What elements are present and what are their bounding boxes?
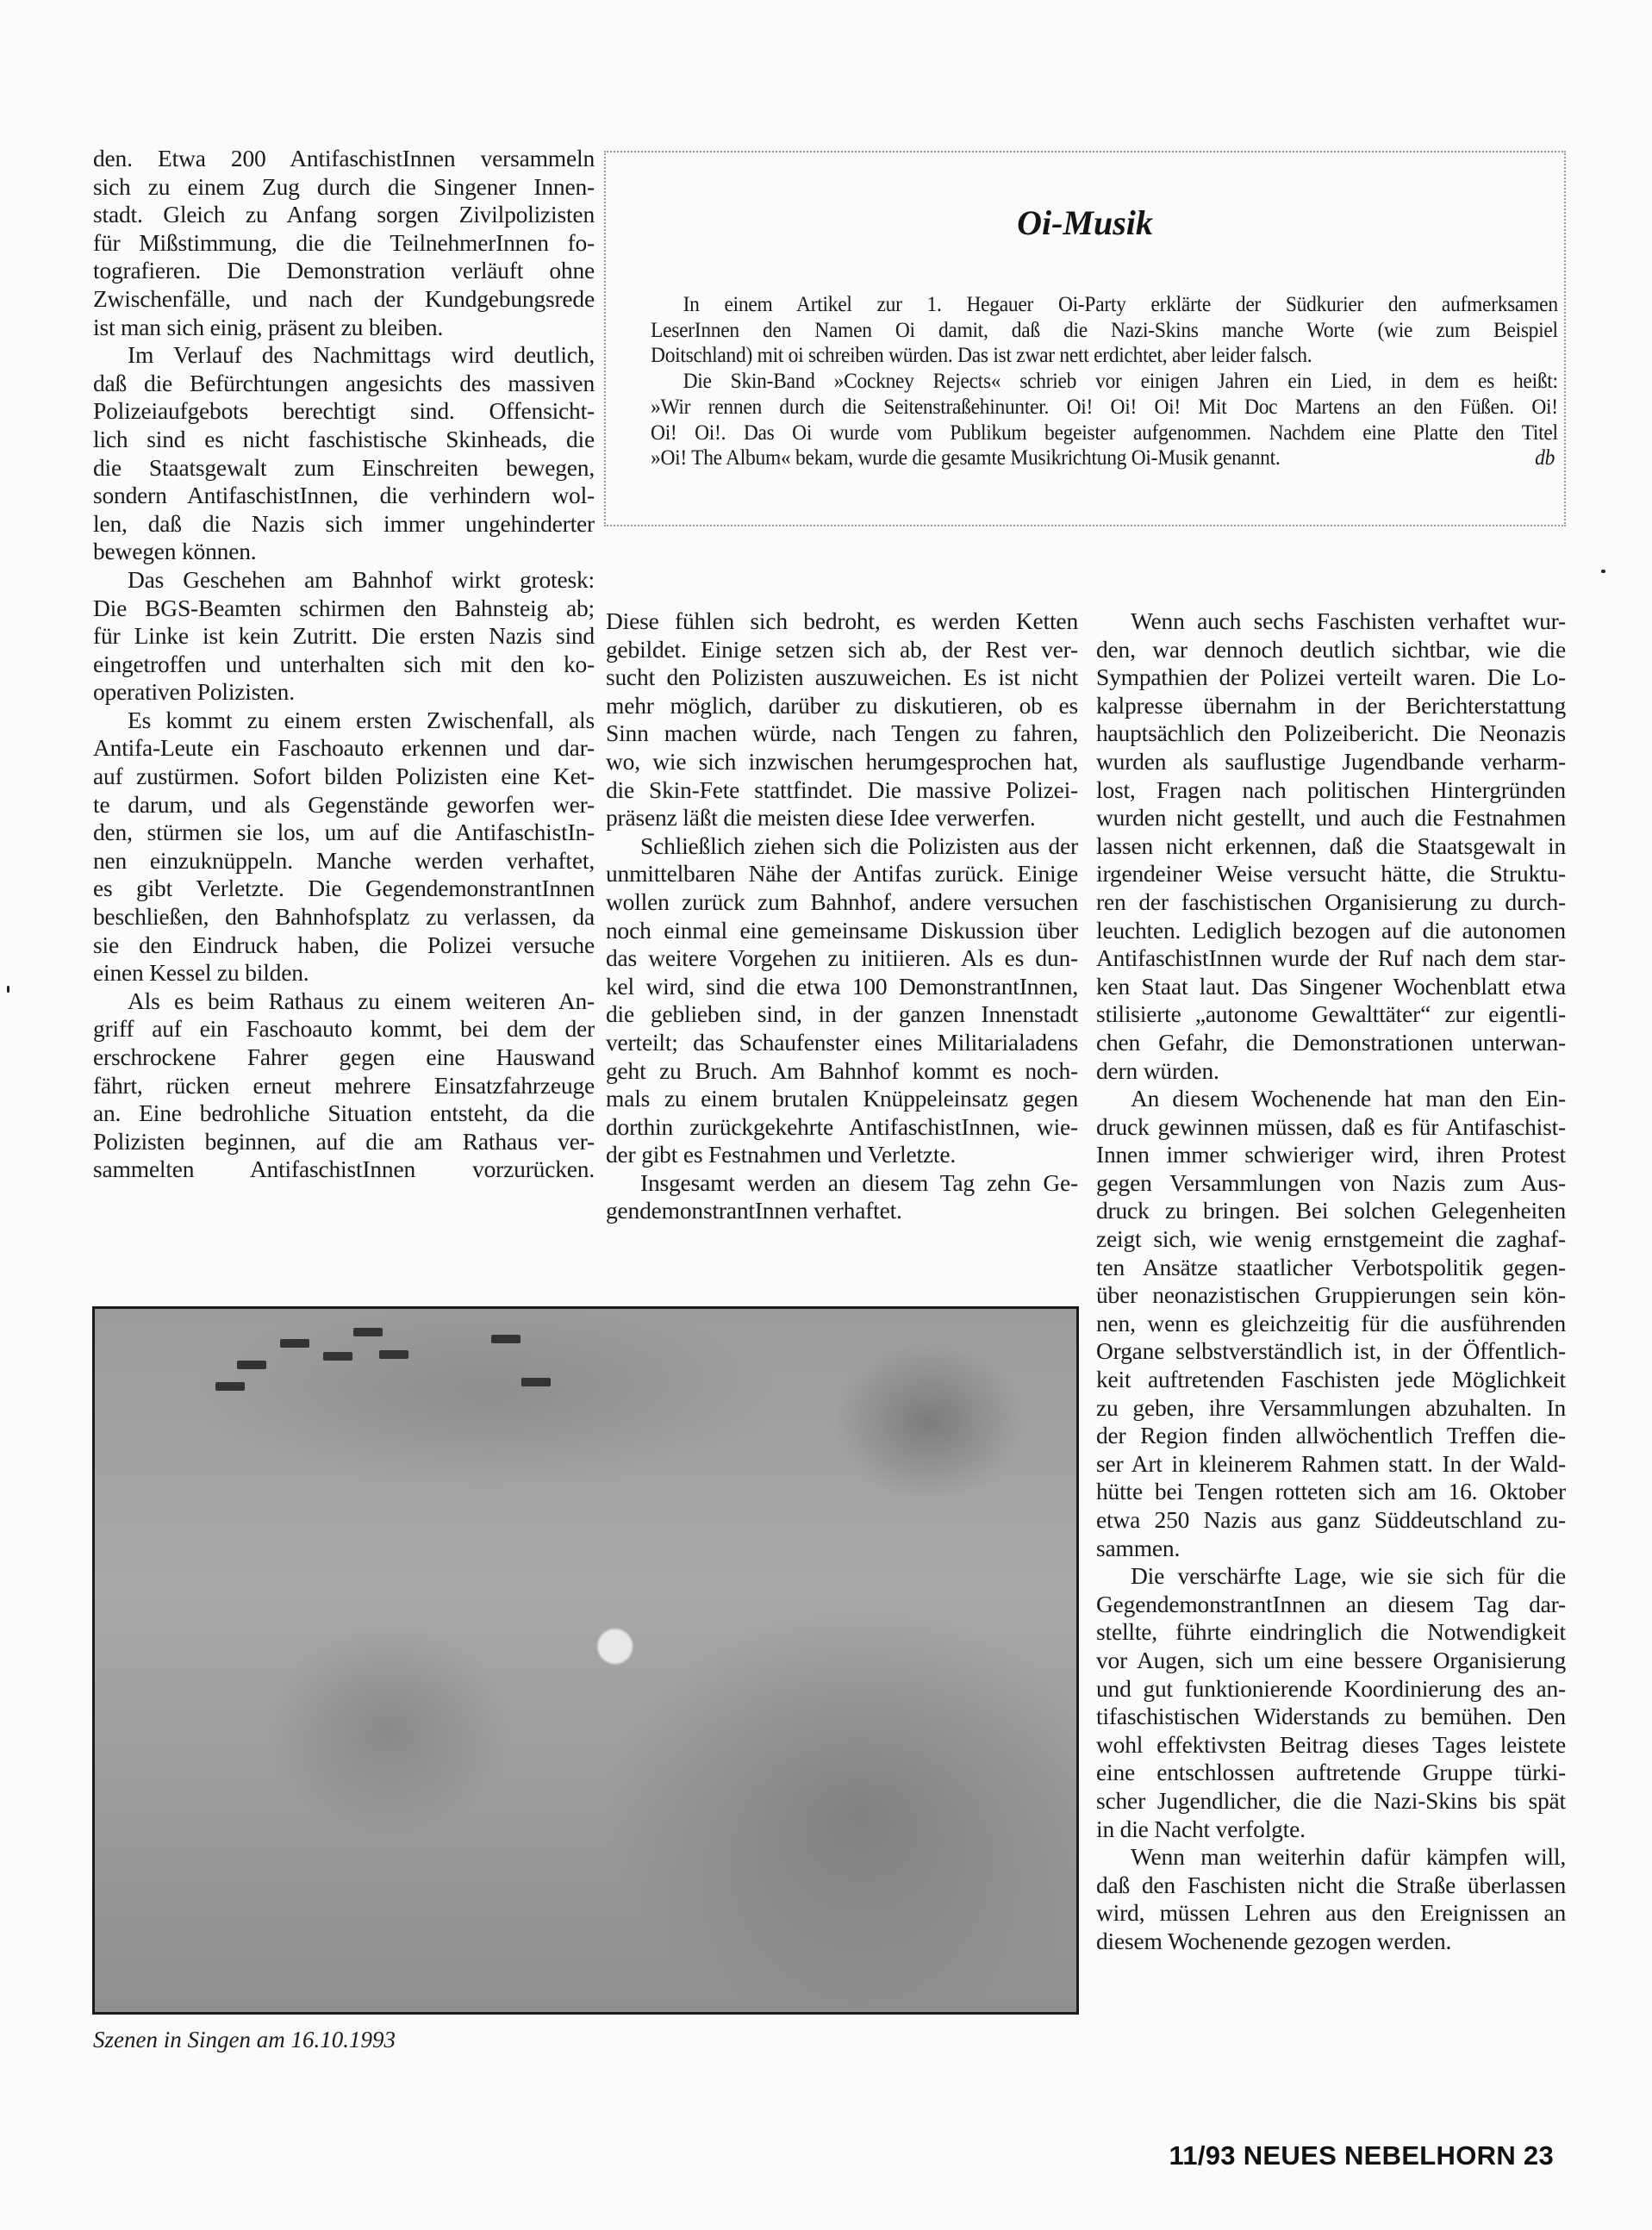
text-line: lassen nicht erkennen, daß die Staatsgew…	[1096, 832, 1566, 861]
text-line: ten Ansätze staatlicher Verbotspolitik g…	[1096, 1254, 1566, 1282]
text-line: wohl effektivsten Beitrag dieses Tages l…	[1096, 1731, 1566, 1760]
oi-musik-sidebar-box: Oi-Musik In einem Artikel zur 1. Hegauer…	[604, 151, 1566, 526]
text-line: tifaschistischen Widerstands zu bemühen.…	[1096, 1703, 1566, 1731]
text-line: gebildet. Einige setzen sich ab, der Res…	[606, 636, 1078, 664]
sidebar-title: Oi-Musik	[606, 202, 1564, 243]
sidebar-line: Oi! Oi!. Das Oi wurde vom Publikum begei…	[651, 420, 1558, 446]
sidebar-line: »Wir rennen durch die Seitenstraßehinunt…	[651, 395, 1558, 420]
text-line: für Mißstimmung, die die TeilnehmerInnen…	[93, 229, 595, 258]
text-line: kalpresse übernahm in der Berichterstatt…	[1096, 692, 1566, 720]
text-line: in die Nacht verfolgte.	[1096, 1816, 1566, 1844]
text-line: te darum, und als Gegenstände geworfen w…	[93, 791, 595, 819]
text-line: wird, müssen Lehren aus den Ereignissen …	[1096, 1899, 1566, 1928]
text-line: wurden als sauflustige Jugendbande verha…	[1096, 748, 1566, 776]
text-line: druck zu bringen. Bei solchen Gelegenhei…	[1096, 1197, 1566, 1225]
text-line: gegen Versammlungen von Nazis zum Aus-	[1096, 1169, 1566, 1198]
censor-bar	[379, 1350, 408, 1359]
text-line: ren der faschistischen Organisierung zu …	[1096, 888, 1566, 917]
text-line: stadt. Gleich zu Anfang sorgen Zivilpoli…	[93, 201, 595, 229]
text-line: daß die Befürchtungen angesichts des mas…	[93, 370, 595, 398]
text-line: leuchten. Lediglich bezogen auf die auto…	[1096, 917, 1566, 945]
text-line: den, war dennoch deutlich sichtbar, wie …	[1096, 636, 1566, 664]
text-line: der Region finden allwöchentlich Treffen…	[1096, 1422, 1566, 1450]
text-line: sich zu einem Zug durch die Singener Inn…	[93, 173, 595, 202]
text-line: etwa 250 Nazis aus ganz Süddeutschland z…	[1096, 1506, 1566, 1535]
text-line: Wenn auch sechs Faschisten verhaftet wur…	[1096, 607, 1566, 636]
text-line: das weitere Vorgehen zu initiieren. Als …	[606, 944, 1078, 973]
censor-bar	[521, 1378, 551, 1386]
page-footer: 11/93 NEUES NEBELHORN 23	[1169, 2140, 1554, 2171]
text-line: wurden nicht gestellt, und auch die Fest…	[1096, 804, 1566, 832]
text-line: wollen zurück zum Bahnhof, andere versuc…	[606, 888, 1078, 917]
text-line: dorthin zurückgekehrte AntifaschistInnen…	[606, 1113, 1078, 1142]
text-line: Antifa-Leute ein Faschoauto erkennen und…	[93, 734, 595, 763]
text-line: geht zu Bruch. Am Bahnhof kommt es noch-	[606, 1057, 1078, 1086]
text-line: lost, Fragen nach politischen Hintergrün…	[1096, 776, 1566, 805]
text-line: druck gewinnen müssen, daß es für Antifa…	[1096, 1113, 1566, 1142]
censor-bar	[215, 1382, 245, 1391]
text-line: vor Augen, sich um eine bessere Organisi…	[1096, 1647, 1566, 1675]
text-line: über neonazistischen Gruppierungen sein …	[1096, 1281, 1566, 1310]
text-line: gendemonstrantInnen verhaftet.	[606, 1197, 1078, 1225]
sidebar-line: In einem Artikel zur 1. Hegauer Oi-Party…	[651, 292, 1558, 318]
text-line: Im Verlauf des Nachmittags wird deutlich…	[93, 341, 595, 370]
text-line: Organe selbstverständlich ist, in der Öf…	[1096, 1337, 1566, 1366]
text-line: ser Art in kleinerem Rahmen statt. In de…	[1096, 1450, 1566, 1479]
text-line: für Linke ist kein Zutritt. Die ersten N…	[93, 622, 595, 651]
text-line: wo, wie sich inzwischen herumgesprochen …	[606, 748, 1078, 776]
text-line: Diese fühlen sich bedroht, es werden Ket…	[606, 607, 1078, 636]
text-line: Das Geschehen am Bahnhof wirkt grotesk:	[93, 566, 595, 595]
text-line: tografieren. Die Demonstration verläuft …	[93, 257, 595, 285]
print-speck	[1601, 570, 1605, 573]
sidebar-line: »Oi! The Album« bekam, wurde die gesamte…	[651, 446, 1280, 470]
text-line: hütte bei Tengen rotteten sich am 16. Ok…	[1096, 1478, 1566, 1506]
text-line: es gibt Verletzte. Die GegendemonstrantI…	[93, 875, 595, 903]
sidebar-last-line: »Oi! The Album« bekam, wurde die gesamte…	[651, 445, 1558, 471]
text-line: daß den Faschisten nicht die Straße über…	[1096, 1872, 1566, 1900]
text-line: den. Etwa 200 AntifaschistInnen versamme…	[93, 145, 595, 173]
text-line: erschrockene Fahrer gegen eine Hauswand	[93, 1043, 595, 1072]
text-line: einen Kessel zu bilden.	[93, 959, 595, 987]
text-line: Es kommt zu einem ersten Zwischenfall, a…	[93, 707, 595, 735]
text-line: bewegen können.	[93, 538, 595, 566]
text-line: irgendeiner Weise versucht hätte, die St…	[1096, 860, 1566, 888]
sidebar-body: In einem Artikel zur 1. Hegauer Oi-Party…	[651, 292, 1558, 471]
article-column-2: Diese fühlen sich bedroht, es werden Ket…	[606, 607, 1078, 1225]
text-line: Zwischenfälle, und nach der Kundgebungsr…	[93, 285, 595, 314]
text-line: zeigt sich, wie wenig ernstgemeint die z…	[1096, 1225, 1566, 1254]
text-line: Als es beim Rathaus zu einem weiteren An…	[93, 987, 595, 1016]
text-line: AntifaschistInnen wurde der Ruf nach dem…	[1096, 944, 1566, 973]
censor-bar	[237, 1361, 266, 1369]
text-line: eingetroffen und unterhalten sich mit de…	[93, 651, 595, 679]
text-line: präsenz läßt die meisten diese Idee verw…	[606, 804, 1078, 832]
censor-bar	[491, 1335, 521, 1343]
text-line: Sinn machen würde, nach Tengen zu fahren…	[606, 719, 1078, 748]
text-line: Wenn man weiterhin dafür kämpfen will,	[1096, 1843, 1566, 1872]
print-speck	[7, 986, 9, 993]
article-column-3: Wenn auch sechs Faschisten verhaftet wur…	[1096, 607, 1566, 1956]
text-line: dern würden.	[1096, 1057, 1566, 1086]
article-column-1: den. Etwa 200 AntifaschistInnen versamme…	[93, 145, 595, 1184]
text-line: keit auftretenden Faschisten jede Möglic…	[1096, 1366, 1566, 1394]
author-signature: db	[1535, 445, 1555, 471]
text-line: Insgesamt werden an diesem Tag zehn Ge-	[606, 1169, 1078, 1198]
text-line: die Staatsgewalt zum Einschreiten bewege…	[93, 454, 595, 483]
text-line: len, daß die Nazis sich immer ungehinder…	[93, 510, 595, 539]
text-line: lich sind es nicht faschistische Skinhea…	[93, 426, 595, 454]
text-line: der gibt es Festnahmen und Verletzte.	[606, 1141, 1078, 1169]
text-line: unmittelbaren Nähe der Antifas zurück. E…	[606, 860, 1078, 888]
sidebar-line: Doitschland) mit oi schreiben würden. Da…	[651, 343, 1558, 369]
text-line: griff auf ein Faschoauto kommt, bei dem …	[93, 1015, 595, 1043]
text-line: ken Staat laut. Das Singener Wochenblatt…	[1096, 973, 1566, 1001]
news-photo	[92, 1306, 1079, 2015]
text-line: Polizisten beginnen, auf die am Rathaus …	[93, 1128, 595, 1156]
text-line: Die verschärfte Lage, wie sie sich für d…	[1096, 1562, 1566, 1591]
text-line: und gut funktionierende Koordinierung de…	[1096, 1675, 1566, 1704]
text-line: Innen immer schwieriger wird, ihren Prot…	[1096, 1141, 1566, 1169]
text-line: mehr möglich, darüber zu diskutieren, ob…	[606, 692, 1078, 720]
text-line: sammelten AntifaschistInnen vorzurücken.	[93, 1155, 595, 1184]
text-line: sondern AntifaschistInnen, die verhinder…	[93, 482, 595, 510]
text-line: fährt, rücken erneut mehrere Einsatzfahr…	[93, 1072, 595, 1100]
censor-bar	[353, 1328, 383, 1336]
text-line: sammen.	[1096, 1535, 1566, 1563]
sidebar-line: LeserInnen den Namen Oi damit, daß die N…	[651, 318, 1558, 344]
text-line: mals zu einem brutalen Knüppeleinsatz ge…	[606, 1085, 1078, 1113]
text-line: Polizeiaufgebots berechtigt sind. Offens…	[93, 397, 595, 426]
text-line: noch einmal eine gemeinsame Diskussion ü…	[606, 917, 1078, 945]
text-line: beschließen, den Bahnhofsplatz zu verlas…	[93, 903, 595, 931]
text-line: sucht den Polizisten auszuweichen. Es is…	[606, 663, 1078, 692]
text-line: sie den Eindruck haben, die Polizei vers…	[93, 931, 595, 960]
text-line: Die BGS-Beamten schirmen den Bahnsteig a…	[93, 595, 595, 623]
text-line: zu geben, ihre Versammlungen abzuhalten.…	[1096, 1394, 1566, 1423]
text-line: stellte, führte eindringlich die Notwend…	[1096, 1618, 1566, 1647]
text-line: eine entschlossen auftretende Gruppe tür…	[1096, 1759, 1566, 1787]
text-line: Sympathien der Polizei verteilt waren. D…	[1096, 663, 1566, 692]
text-line: die geblieben sind, in der ganzen Innens…	[606, 1000, 1078, 1029]
text-line: kel wird, sind die etwa 100 DemonstrantI…	[606, 973, 1078, 1001]
text-line: hauptsächlich den Polizeibericht. Die Ne…	[1096, 719, 1566, 748]
text-line: An diesem Wochenende hat man den Ein-	[1096, 1085, 1566, 1113]
text-line: ist man sich einig, präsent zu bleiben.	[93, 314, 595, 342]
text-line: operativen Polizisten.	[93, 678, 595, 707]
text-line: stilisierte „autonome Gewalttäter“ zur e…	[1096, 1000, 1566, 1029]
text-line: chen Gefahr, die Demonstrationen unterwa…	[1096, 1029, 1566, 1057]
censor-bar	[323, 1352, 352, 1361]
text-line: Schließlich ziehen sich die Polizisten a…	[606, 832, 1078, 861]
text-line: den, stürmen sie los, um auf die Antifas…	[93, 819, 595, 847]
censor-bar	[280, 1339, 309, 1348]
photo-caption: Szenen in Singen am 16.10.1993	[93, 2027, 396, 2053]
text-line: nen einzuknüppeln. Manche werden verhaft…	[93, 847, 595, 875]
text-line: die Skin-Fete stattfindet. Die massive P…	[606, 776, 1078, 805]
text-line: an. Eine bedrohliche Situation entsteht,…	[93, 1099, 595, 1128]
text-line: GegendemonstrantInnen an diesem Tag dar-	[1096, 1591, 1566, 1619]
text-line: scher Jugendlicher, die die Nazi-Skins b…	[1096, 1787, 1566, 1816]
sidebar-line: Die Skin-Band »Cockney Rejects« schrieb …	[651, 369, 1558, 395]
text-line: auf zustürmen. Sofort bilden Polizisten …	[93, 763, 595, 791]
text-line: verteilt; das Schaufenster eines Militar…	[606, 1029, 1078, 1057]
text-line: nen, wenn es gleichzeitig für die ausfüh…	[1096, 1310, 1566, 1338]
text-line: diesem Wochenende gezogen werden.	[1096, 1928, 1566, 1956]
